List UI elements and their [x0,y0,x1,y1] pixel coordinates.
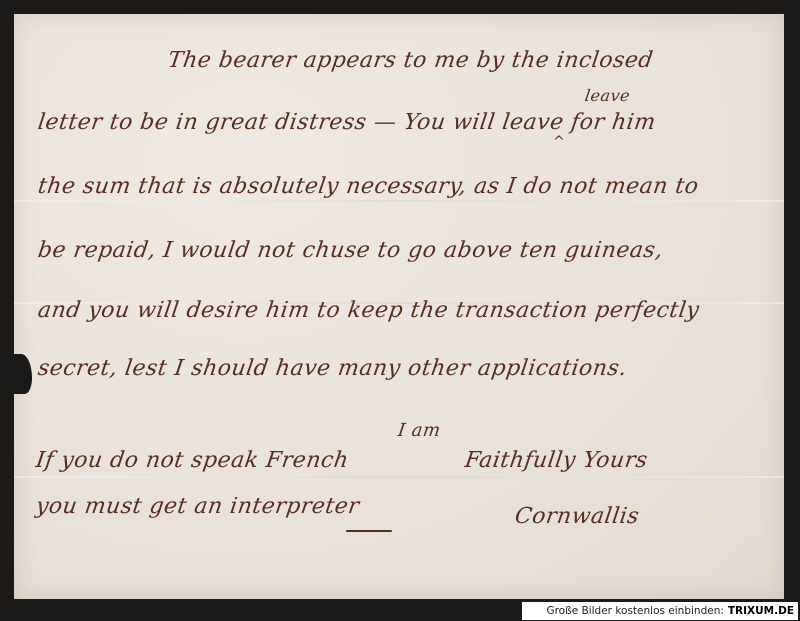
postscript-line-1: If you do not speak French [34,448,350,473]
letter-line-2: letter to be in great distress — You wil… [36,110,657,135]
letter-line-4: be repaid, I would not chuse to go above… [36,238,664,263]
insertion-caret: ^ [553,134,565,150]
fold-crease [14,476,784,478]
signature: Cornwallis [513,504,641,529]
letter-line-1: The bearer appears to me by the inclosed [166,48,655,73]
letter-line-5: and you will desire him to keep the tran… [36,298,701,323]
watermark-brand: TRIXUM.DE [728,605,794,617]
salutation: Faithfully Yours [463,448,649,473]
insertion-word: leave [584,86,632,105]
salutation-prefix: I am [397,420,443,441]
postscript-line-2: you must get an interpreter [34,494,361,519]
postscript-underline [346,530,392,532]
letter-line-6: secret, lest I should have many other ap… [36,356,628,381]
fold-crease [14,200,784,202]
watermark-text: Große Bilder kostenlos einbinden: [546,605,723,617]
letter-line-3: the sum that is absolutely necessary, as… [36,174,700,199]
watermark-banner: Große Bilder kostenlos einbinden: TRIXUM… [522,602,798,620]
